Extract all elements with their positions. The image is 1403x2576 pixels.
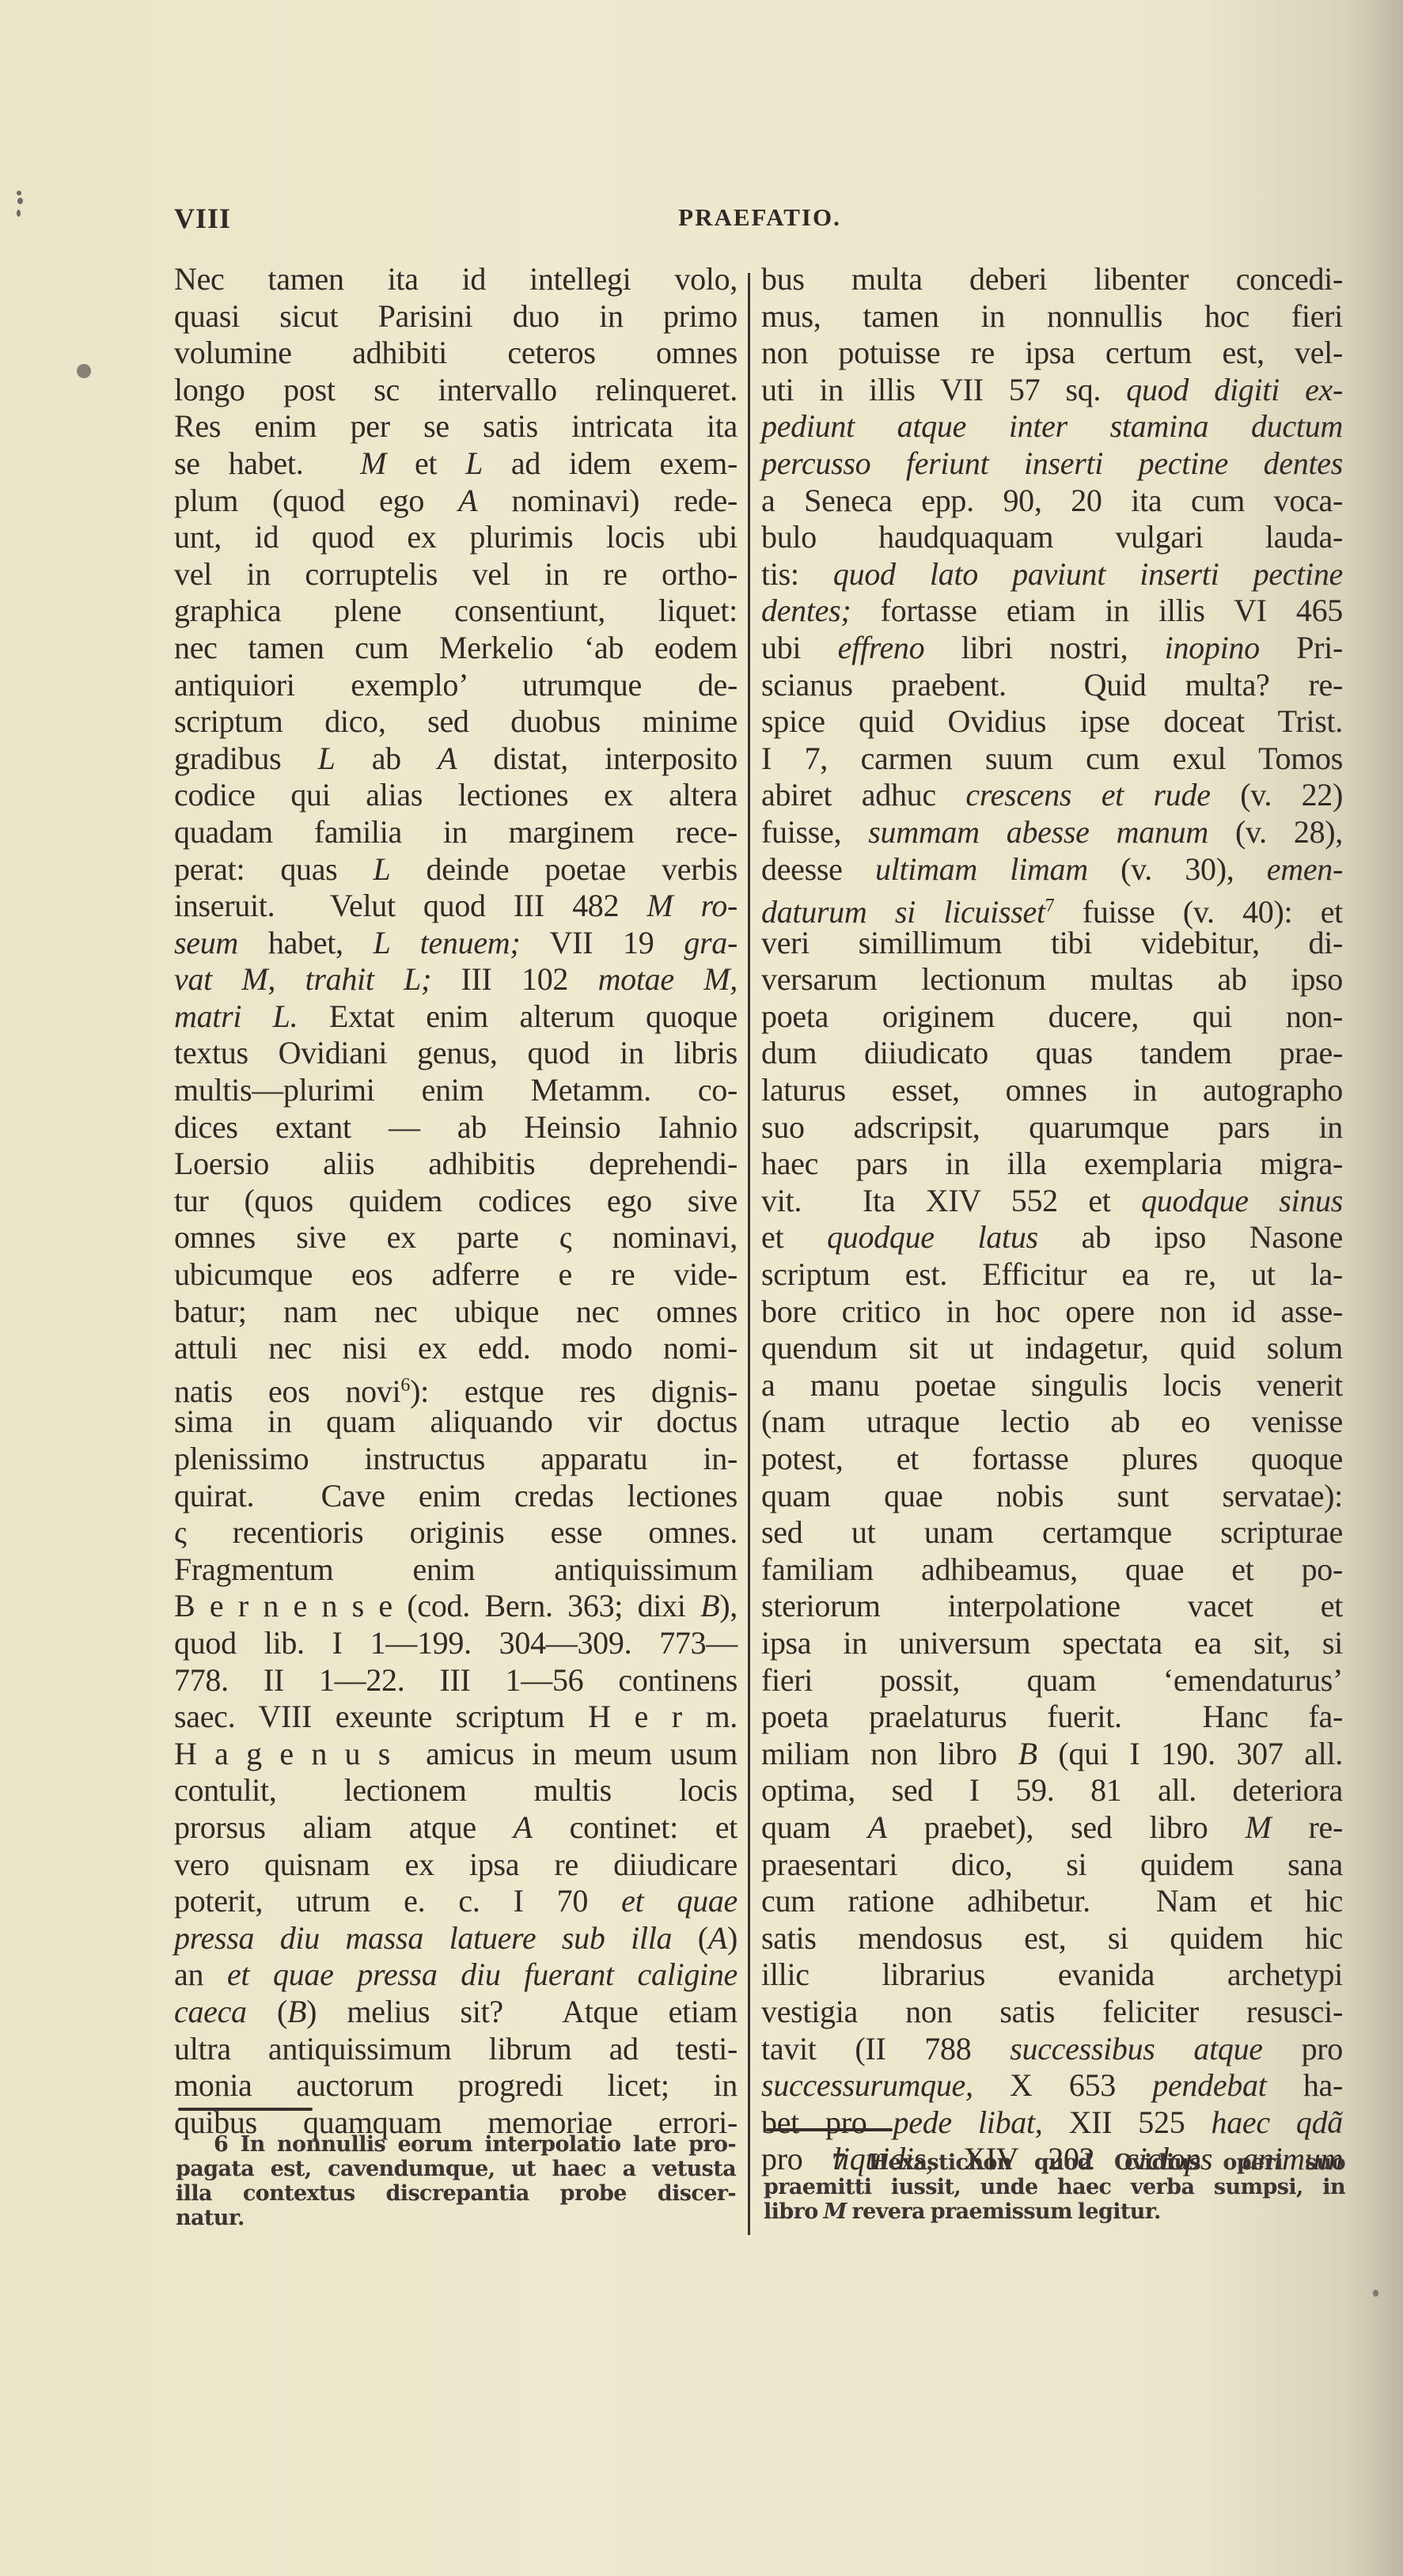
text-segment: habet,: [238, 925, 374, 960]
text-segment: tis:: [761, 556, 833, 592]
text-line: optima, sed I 59. 81 all. deteriora: [761, 1772, 1343, 1809]
text-segment: vero quisnam ex ipsa re diiudicare: [174, 1847, 738, 1882]
footnote-6: 6 In nonnullis eorum interpolatio late p…: [176, 2132, 736, 2230]
text-segment: ad idem exem-: [483, 445, 738, 481]
text-line: bulo haudquaquam vulgari lauda-: [761, 519, 1343, 556]
text-line: monia auctorum progredi licet; in: [174, 2067, 738, 2104]
text-line: matri L. Extat enim alterum quoque: [174, 998, 738, 1036]
text-line: an et quae pressa diu fuerant caligine: [174, 1957, 738, 1994]
text-segment: bus multa deberi libenter concedi-: [761, 261, 1343, 297]
text-line: 778. II 1—22. III 1—56 continens: [174, 1662, 738, 1699]
italic-text: A: [514, 1809, 533, 1845]
italic-text: pressa diu massa latuere sub illa: [174, 1920, 672, 1956]
text-line: steriorum interpolatione vacet et: [761, 1588, 1343, 1625]
text-segment: scriptum dico, sed duobus minime: [174, 703, 738, 739]
italic-text: A: [708, 1920, 727, 1956]
italic-text: B: [700, 1588, 719, 1623]
text-segment: contulit, lectionem multis locis: [174, 1772, 738, 1808]
text-segment: monia auctorum progredi licet; in: [174, 2067, 738, 2103]
text-segment: gradibus: [174, 741, 318, 776]
text-line: 6 In nonnullis eorum interpolatio late p…: [176, 2132, 736, 2157]
italic-text: A: [438, 741, 457, 776]
text-line: praesentari dico, si quidem sana: [761, 1847, 1343, 1884]
text-segment: vestigia non satis feliciter resusci-: [761, 1994, 1343, 2029]
text-line: prorsus aliam atque A continet: et: [174, 1809, 738, 1847]
text-segment: nominavi) rede-: [477, 483, 738, 518]
text-segment: quadam familia in marginem rece-: [174, 814, 738, 850]
text-line: suo adscripsit, quarumque pars in: [761, 1109, 1343, 1146]
text-segment: an: [174, 1957, 227, 1992]
left-text-column: Nec tamen ita id intellegi volo,quasi si…: [174, 261, 738, 2141]
italic-text: A: [458, 483, 477, 518]
text-segment: praemitti iussit, unde haec verba sumpsi…: [764, 2175, 1345, 2199]
text-segment: (nam utraque lectio ab eo venisse: [761, 1404, 1343, 1439]
text-line: veri simillimum tibi videbitur, di-: [761, 925, 1343, 962]
text-line: dices extant — ab Heinsio Iahnio: [174, 1109, 738, 1146]
italic-text: L: [465, 445, 483, 481]
text-segment: pro: [1263, 2031, 1343, 2066]
text-line: potest, et fortasse plures quoque: [761, 1441, 1343, 1478]
text-segment: graphica plene consentiunt, liquet:: [174, 593, 738, 628]
ink-speck: [1373, 2290, 1378, 2297]
text-segment: bore critico in hoc opere non id asse-: [761, 1294, 1343, 1329]
text-segment: ) melius sit? Atque etiam: [306, 1994, 738, 2029]
italic-text: L: [318, 741, 336, 776]
text-line: codice qui alias lectiones ex altera: [174, 777, 738, 814]
text-line: pressa diu massa latuere sub illa (A): [174, 1920, 738, 1957]
text-line: 7 Hexastichon quod Ovidius operi suo: [764, 2150, 1345, 2175]
text-line: quasi sicut Parisini duo in primo: [174, 298, 738, 335]
text-segment: ubi: [761, 630, 838, 665]
text-segment: ab: [336, 741, 438, 776]
text-line: illa contextus discrepantia probe discer…: [176, 2181, 736, 2206]
text-segment: Nec tamen ita id intellegi volo,: [174, 261, 738, 297]
text-line: tis: quod lato paviunt inserti pectine: [761, 556, 1343, 593]
text-segment: optima, sed I 59. 81 all. deteriora: [761, 1772, 1343, 1808]
text-line: vel in corruptelis vel in re ortho-: [174, 556, 738, 593]
italic-text: L tenuem;: [374, 925, 521, 960]
text-segment: versarum lectionum multas ab ipso: [761, 961, 1343, 997]
text-line: bore critico in hoc opere non id asse-: [761, 1294, 1343, 1331]
book-page: VIII PRAEFATIO. Nec tamen ita id intelle…: [0, 0, 1403, 2576]
text-segment: tur (quos quidem codices ego sive: [174, 1183, 738, 1218]
italic-text: L: [374, 851, 391, 887]
italic-text: M: [823, 2199, 846, 2224]
italic-text: haec qdã: [1212, 2104, 1344, 2140]
text-line: praemitti iussit, unde haec verba sumpsi…: [764, 2175, 1345, 2199]
text-line: ubicumque eos adferre e re vide-: [174, 1256, 738, 1294]
text-segment: XII 525: [1043, 2104, 1212, 2140]
text-line: vestigia non satis feliciter resusci-: [761, 1994, 1343, 2031]
text-segment: ): [727, 1920, 738, 1956]
text-segment: (v. 28),: [1208, 814, 1343, 850]
text-segment: perat: quas: [174, 851, 374, 887]
text-segment: et: [761, 1219, 827, 1255]
text-line: ultra antiquissimum librum ad testi-: [174, 2031, 738, 2068]
italic-text: A: [868, 1809, 887, 1845]
text-line: contulit, lectionem multis locis: [174, 1772, 738, 1809]
text-segment: steriorum interpolatione vacet et: [761, 1588, 1343, 1623]
text-line: graphica plene consentiunt, liquet:: [174, 593, 738, 630]
italic-text: pendebat: [1152, 2067, 1266, 2103]
text-segment: poeta praelaturus fuerit. Hanc fa-: [761, 1699, 1343, 1734]
text-line: spice quid Ovidius ipse doceat Trist.: [761, 703, 1343, 741]
text-segment: attuli nec nisi ex edd. modo nomi-: [174, 1330, 738, 1366]
text-line: uti in illis VII 57 sq. quod digiti ex-: [761, 372, 1343, 409]
text-line: daturum si licuisset7 fuisse (v. 40): et: [761, 888, 1343, 925]
text-line: illic librarius evanida archetypi: [761, 1957, 1343, 1994]
text-line: a manu poetae singulis locis venerit: [761, 1367, 1343, 1404]
text-line: quirat. Cave enim credas lectiones: [174, 1478, 738, 1515]
text-segment: textus Ovidiani genus, quod in libris: [174, 1035, 738, 1070]
text-line: natis eos novi6): estque res dignis-: [174, 1367, 738, 1404]
text-segment: distat, interposito: [457, 741, 738, 776]
text-line: libro M revera praemissum legitur.: [764, 2199, 1345, 2224]
text-segment: re-: [1272, 1809, 1343, 1845]
text-segment: cum ratione adhibetur. Nam et hic: [761, 1883, 1343, 1919]
text-segment: non potuisse re ipsa certum est, vel-: [761, 335, 1343, 370]
text-line: quam A praebet), sed libro M re-: [761, 1809, 1343, 1847]
text-segment: volumine adhibiti ceteros omnes: [174, 335, 738, 370]
text-line: plum (quod ego A nominavi) rede-: [174, 483, 738, 520]
text-line: attuli nec nisi ex edd. modo nomi-: [174, 1330, 738, 1367]
footnote-separator-left: [178, 2108, 313, 2111]
italic-text: pede libat,: [893, 2104, 1043, 2140]
text-segment: fortasse etiam in illis VI 465: [851, 593, 1343, 628]
italic-text: et quae: [621, 1883, 738, 1919]
text-segment: plenissimo instructus apparatu in-: [174, 1441, 738, 1476]
text-segment: praesentari dico, si quidem sana: [761, 1847, 1343, 1882]
text-line: caeca (B) melius sit? Atque etiam: [174, 1994, 738, 2031]
text-line: cum ratione adhibetur. Nam et hic: [761, 1883, 1343, 1920]
text-line: Loersio aliis adhibitis deprehendi-: [174, 1146, 738, 1183]
text-line: antiquiori exemplo’ utrumque de-: [174, 667, 738, 704]
text-segment: potest, et fortasse plures quoque: [761, 1441, 1343, 1476]
text-line: miliam non libro B (qui I 190. 307 all.: [761, 1736, 1343, 1773]
page-header: VIII PRAEFATIO.: [174, 202, 1345, 241]
text-segment: (qui I 190. 307 all.: [1037, 1736, 1343, 1771]
text-line: omnes sive ex parte ς nominavi,: [174, 1219, 738, 1256]
text-line: pagata est, cavendumque, ut haec a vetus…: [176, 2157, 736, 2181]
italic-text: et quae pressa diu fuerant caligine: [227, 1957, 738, 1992]
text-segment: bet pro: [761, 2104, 893, 2140]
text-line: scianus praebent. Quid multa? re-: [761, 667, 1343, 704]
text-line: deesse ultimam limam (v. 30), emen-: [761, 851, 1343, 888]
text-segment: mus, tamen in nonnullis hoc fieri: [761, 298, 1343, 334]
text-segment: unt, id quod ex plurimis locis ubi: [174, 519, 738, 555]
text-segment: X 653: [973, 2067, 1153, 2103]
text-segment: B e r n e n s e (cod. Bern. 363; dixi: [174, 1588, 700, 1623]
text-segment: Pri-: [1260, 630, 1343, 665]
text-segment: multis—plurimi enim Metamm. co-: [174, 1072, 738, 1108]
text-segment: miliam non libro: [761, 1736, 1018, 1771]
text-segment: H a g e n u s amicus in meum usum: [174, 1736, 738, 1771]
italic-text: dentes;: [761, 593, 851, 628]
text-line: abiret adhuc crescens et rude (v. 22): [761, 777, 1343, 814]
italic-text: M ro-: [647, 888, 738, 923]
italic-text: quod digiti ex-: [1126, 372, 1343, 407]
text-line: bet pro pede libat, XII 525 haec qdã: [761, 2104, 1343, 2142]
text-segment: ),: [719, 1588, 738, 1623]
text-line: haec pars in illa exemplaria migra-: [761, 1146, 1343, 1183]
text-segment: quam: [761, 1809, 868, 1845]
italic-text: gra-: [684, 925, 738, 960]
text-segment: laturus esset, omnes in autographo: [761, 1072, 1343, 1108]
text-line: dum diiudicato quas tandem prae-: [761, 1035, 1343, 1072]
text-line: fuisse, summam abesse manum (v. 28),: [761, 814, 1343, 851]
text-segment: continet: et: [533, 1809, 738, 1845]
italic-text: seum: [174, 925, 238, 960]
text-line: inseruit. Velut quod III 482 M ro-: [174, 888, 738, 925]
text-line: poeta originem ducere, qui non-: [761, 998, 1343, 1036]
text-segment: quasi sicut Parisini duo in primo: [174, 298, 738, 334]
text-segment: ultra antiquissimum librum ad testi-: [174, 2031, 738, 2066]
text-segment: prorsus aliam atque: [174, 1809, 514, 1845]
text-segment: uti in illis VII 57 sq.: [761, 372, 1126, 407]
text-segment: a Seneca epp. 90, 20 ita cum voca-: [761, 483, 1343, 518]
text-line: vat M, trahit L; III 102 motae M,: [174, 961, 738, 998]
text-line: mus, tamen in nonnullis hoc fieri: [761, 298, 1343, 335]
text-line: ς recentioris originis esse omnes.: [174, 1514, 738, 1551]
text-segment: 6 In nonnullis eorum interpolatio late p…: [176, 2132, 736, 2157]
text-line: saec. VIII exeunte scriptum H e r m.: [174, 1699, 738, 1736]
text-line: vit. Ita XIV 552 et quodque sinus: [761, 1183, 1343, 1220]
text-line: familiam adhibeamus, quae et po-: [761, 1551, 1343, 1589]
text-segment: veri simillimum tibi videbitur, di-: [761, 925, 1343, 960]
text-line: H a g e n u s amicus in meum usum: [174, 1736, 738, 1773]
text-line: se habet. M et L ad idem exem-: [174, 445, 738, 483]
text-segment: quirat. Cave enim credas lectiones: [174, 1478, 738, 1513]
text-segment: bulo haudquaquam vulgari lauda-: [761, 519, 1343, 555]
text-line: (nam utraque lectio ab eo venisse: [761, 1404, 1343, 1441]
text-segment: codice qui alias lectiones ex altera: [174, 777, 738, 813]
text-line: quadam familia in marginem rece-: [174, 814, 738, 851]
text-segment: longo post sc intervallo relinqueret.: [174, 372, 738, 407]
text-segment: (: [672, 1920, 708, 1956]
text-segment: et: [386, 445, 465, 481]
italic-text: ultimam limam: [875, 851, 1088, 887]
italic-text: emen-: [1267, 851, 1343, 887]
text-line: sed ut unam certamque scripturae: [761, 1514, 1343, 1551]
italic-text: successibus atque: [1010, 2031, 1263, 2066]
text-line: gradibus L ab A distat, interposito: [174, 741, 738, 778]
text-line: seum habet, L tenuem; VII 19 gra-: [174, 925, 738, 962]
text-segment: plum (quod ego: [174, 483, 458, 518]
italic-text: percusso feriunt inserti pectine dentes: [761, 445, 1343, 481]
text-segment: ς recentioris originis esse omnes.: [174, 1514, 738, 1550]
text-segment: a manu poetae singulis locis venerit: [761, 1367, 1343, 1403]
text-segment: familiam adhibeamus, quae et po-: [761, 1551, 1343, 1587]
italic-text: motae M,: [598, 961, 738, 997]
text-segment: vel in corruptelis vel in re ortho-: [174, 556, 738, 592]
italic-text: M: [1245, 1809, 1271, 1845]
italic-text: matri L.: [174, 998, 298, 1034]
text-line: Nec tamen ita id intellegi volo,: [174, 261, 738, 298]
text-line: non potuisse re ipsa certum est, vel-: [761, 335, 1343, 372]
text-line: nec tamen cum Merkelio ‘ab eodem: [174, 630, 738, 667]
text-segment: fuisse,: [761, 814, 868, 850]
text-segment: scriptum est. Efficitur ea re, ut la-: [761, 1256, 1343, 1292]
text-segment: saec. VIII exeunte scriptum H e r m.: [174, 1699, 738, 1734]
italic-text: inopino: [1165, 630, 1260, 665]
text-line: B e r n e n s e (cod. Bern. 363; dixi B)…: [174, 1588, 738, 1625]
italic-text: M: [360, 445, 386, 481]
text-segment: vit. Ita XIV 552 et: [761, 1183, 1141, 1218]
text-segment: deesse: [761, 851, 875, 887]
text-segment: libri nostri,: [924, 630, 1164, 665]
text-segment: quam quae nobis sunt servatae):: [761, 1478, 1343, 1513]
italic-text: successurumque,: [761, 2067, 973, 2103]
text-segment: natur.: [176, 2206, 245, 2230]
text-segment: (v. 30),: [1088, 851, 1267, 887]
text-line: dentes; fortasse etiam in illis VI 465: [761, 593, 1343, 630]
italic-text: caeca: [174, 1994, 247, 2029]
text-line: sima in quam aliquando vir doctus: [174, 1404, 738, 1441]
italic-text: summam abesse manum: [868, 814, 1208, 850]
text-line: perat: quas L deinde poetae verbis: [174, 851, 738, 888]
text-segment: abiret adhuc: [761, 777, 965, 813]
text-segment: Fragmentum enim antiquissimum: [174, 1551, 738, 1587]
text-line: satis mendosus est, si quidem hic: [761, 1920, 1343, 1957]
footnote-marker: 7: [1045, 896, 1055, 916]
ink-speck: [17, 191, 21, 195]
text-segment: quod lib. I 1—199. 304—309. 773—: [174, 1625, 738, 1661]
text-segment: sed ut unam certamque scripturae: [761, 1514, 1343, 1550]
text-line: percusso feriunt inserti pectine dentes: [761, 445, 1343, 483]
text-line: volumine adhibiti ceteros omnes: [174, 335, 738, 372]
text-segment: 778. II 1—22. III 1—56 continens: [174, 1662, 738, 1698]
text-segment: Res enim per se satis intricata ita: [174, 408, 738, 444]
text-segment: sima in quam aliquando vir doctus: [174, 1404, 738, 1439]
text-segment: praebet), sed libro: [887, 1809, 1246, 1845]
text-segment: poterit, utrum e. c. I 70: [174, 1883, 621, 1919]
ink-speck: [77, 364, 91, 378]
text-line: ubi effreno libri nostri, inopino Pri-: [761, 630, 1343, 667]
text-segment: suo adscripsit, quarumque pars in: [761, 1109, 1343, 1145]
text-segment: III 102: [431, 961, 597, 997]
text-segment: scianus praebent. Quid multa? re-: [761, 667, 1343, 703]
text-segment: VII 19: [520, 925, 684, 960]
text-line: quendum sit ut indagetur, quid solum: [761, 1330, 1343, 1367]
text-segment: dices extant — ab Heinsio Iahnio: [174, 1109, 738, 1145]
text-segment: quendum sit ut indagetur, quid solum: [761, 1330, 1343, 1366]
text-segment: Extat enim alterum quoque: [298, 998, 738, 1034]
text-segment: ubicumque eos adferre e re vide-: [174, 1256, 738, 1292]
italic-text: B: [287, 1994, 306, 2029]
footnote-marker: 6: [400, 1375, 410, 1396]
text-line: tavit (II 788 successibus atque pro: [761, 2031, 1343, 2068]
text-line: ipsa in universum spectata ea sit, si: [761, 1625, 1343, 1662]
italic-text: pediunt atque inter stamina ductum: [761, 408, 1343, 444]
text-segment: 7 Hexastichon quod Ovidius operi suo: [764, 2150, 1345, 2175]
text-line: Fragmentum enim antiquissimum: [174, 1551, 738, 1589]
footnote-7: 7 Hexastichon quod Ovidius operi suoprae…: [764, 2150, 1345, 2224]
text-segment: batur; nam nec ubique nec omnes: [174, 1294, 738, 1329]
column-divider: [748, 273, 750, 2235]
italic-text: quod lato paviunt inserti pectine: [833, 556, 1343, 592]
text-segment: omnes sive ex parte ς nominavi,: [174, 1219, 738, 1255]
text-line: bus multa deberi libenter concedi-: [761, 261, 1343, 298]
text-line: poeta praelaturus fuerit. Hanc fa-: [761, 1699, 1343, 1736]
text-segment: ha-: [1267, 2067, 1343, 2103]
text-line: unt, id quod ex plurimis locis ubi: [174, 519, 738, 556]
text-line: scriptum est. Efficitur ea re, ut la-: [761, 1256, 1343, 1294]
text-line: a Seneca epp. 90, 20 ita cum voca-: [761, 483, 1343, 520]
text-segment: se habet.: [174, 445, 360, 481]
text-line: laturus esset, omnes in autographo: [761, 1072, 1343, 1109]
text-line: quam quae nobis sunt servatae):: [761, 1478, 1343, 1515]
text-segment: illa contextus discrepantia probe discer…: [176, 2181, 736, 2206]
text-line: et quodque latus ab ipso Nasone: [761, 1219, 1343, 1256]
text-segment: ab ipso Nasone: [1038, 1219, 1343, 1255]
text-line: fieri possit, quam ‘emendaturus’: [761, 1662, 1343, 1699]
text-segment: satis mendosus est, si quidem hic: [761, 1920, 1343, 1956]
text-line: multis—plurimi enim Metamm. co-: [174, 1072, 738, 1109]
text-line: batur; nam nec ubique nec omnes: [174, 1294, 738, 1331]
text-line: pediunt atque inter stamina ductum: [761, 408, 1343, 445]
text-line: scriptum dico, sed duobus minime: [174, 703, 738, 741]
text-segment: (: [247, 1994, 287, 2029]
text-segment: deinde poetae verbis: [390, 851, 738, 887]
text-line: Res enim per se satis intricata ita: [174, 408, 738, 445]
ink-speck: [17, 210, 21, 217]
italic-text: effreno: [838, 630, 925, 665]
text-line: plenissimo instructus apparatu in-: [174, 1441, 738, 1478]
text-segment: inseruit. Velut quod III 482: [174, 888, 647, 923]
text-line: natur.: [176, 2206, 736, 2230]
text-segment: dum diiudicato quas tandem prae-: [761, 1035, 1343, 1070]
text-segment: nec tamen cum Merkelio ‘ab eodem: [174, 630, 738, 665]
text-segment: ipsa in universum spectata ea sit, si: [761, 1625, 1343, 1661]
ink-speck: [17, 198, 23, 204]
text-segment: tavit (II 788: [761, 2031, 1010, 2066]
text-segment: (v. 22): [1211, 777, 1343, 813]
text-segment: revera praemissum legitur.: [847, 2199, 1161, 2224]
text-line: longo post sc intervallo relinqueret.: [174, 372, 738, 409]
right-text-column: bus multa deberi libenter concedi-mus, t…: [761, 261, 1343, 2178]
text-segment: Loersio aliis adhibitis deprehendi-: [174, 1146, 738, 1181]
footnote-separator-right: [766, 2128, 893, 2131]
running-title: PRAEFATIO.: [174, 203, 1345, 232]
text-line: poterit, utrum e. c. I 70 et quae: [174, 1883, 738, 1920]
italic-text: quodque sinus: [1141, 1183, 1343, 1218]
text-line: vero quisnam ex ipsa re diiudicare: [174, 1847, 738, 1884]
text-segment: libro: [764, 2199, 823, 2224]
text-segment: poeta originem ducere, qui non-: [761, 998, 1343, 1034]
text-segment: illic librarius evanida archetypi: [761, 1957, 1343, 1992]
text-line: quod lib. I 1—199. 304—309. 773—: [174, 1625, 738, 1662]
text-line: tur (quos quidem codices ego sive: [174, 1183, 738, 1220]
italic-text: quodque latus: [827, 1219, 1038, 1255]
text-segment: antiquiori exemplo’ utrumque de-: [174, 667, 738, 703]
text-line: textus Ovidiani genus, quod in libris: [174, 1035, 738, 1072]
text-line: I 7, carmen suum cum exul Tomos: [761, 741, 1343, 778]
text-line: successurumque, X 653 pendebat ha-: [761, 2067, 1343, 2104]
italic-text: crescens et rude: [965, 777, 1210, 813]
text-segment: haec pars in illa exemplaria migra-: [761, 1146, 1343, 1181]
italic-text: vat M, trahit L;: [174, 961, 431, 997]
text-segment: fieri possit, quam ‘emendaturus’: [761, 1662, 1343, 1698]
italic-text: B: [1018, 1736, 1037, 1771]
text-line: versarum lectionum multas ab ipso: [761, 961, 1343, 998]
text-segment: pagata est, cavendumque, ut haec a vetus…: [176, 2157, 736, 2181]
text-segment: I 7, carmen suum cum exul Tomos: [761, 741, 1343, 776]
text-segment: spice quid Ovidius ipse doceat Trist.: [761, 703, 1343, 739]
